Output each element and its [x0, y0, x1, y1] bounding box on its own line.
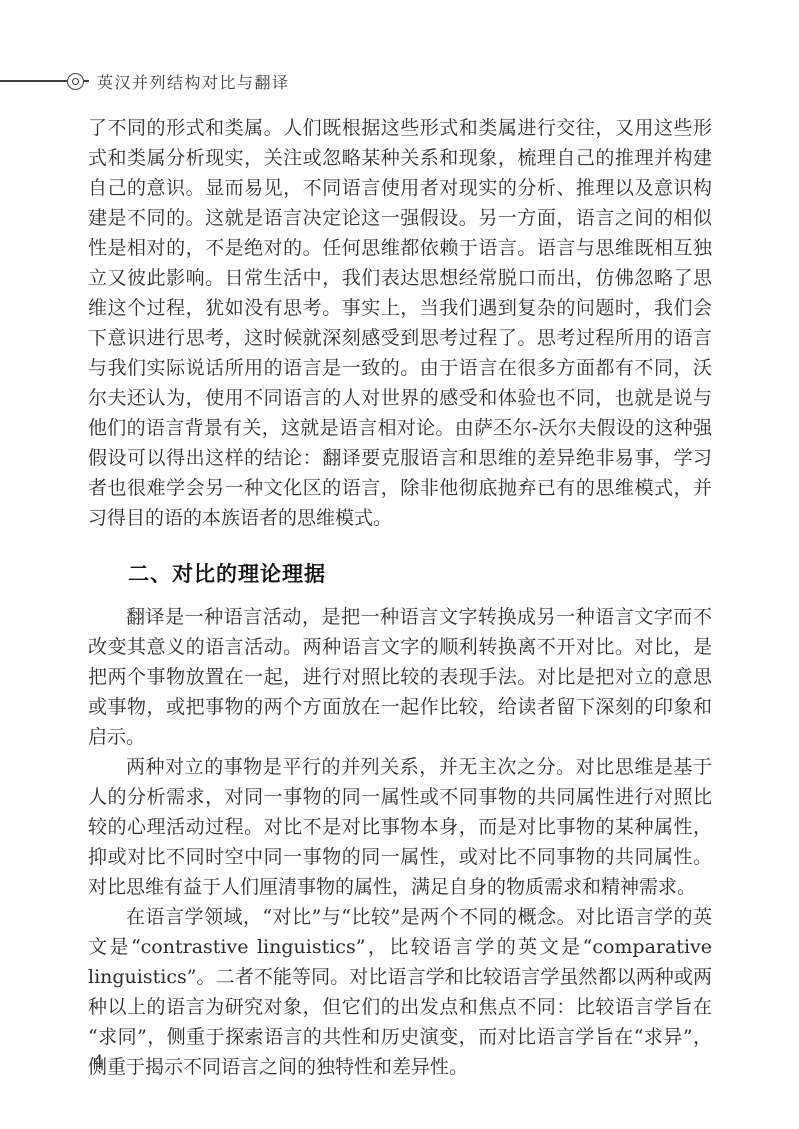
paragraph-continued: 了不同的形式和类属。人们既根据这些形式和类属进行交往，又用这些形式和类属分析现实…: [88, 113, 712, 533]
page-footer: 4: [93, 1052, 104, 1072]
paragraph-translation-definition: 翻译是一种语言活动，是把一种语言文字转换成另一种语言文字而不改变其意义的语言活动…: [88, 602, 712, 752]
book-title: 英汉并列结构对比与翻译: [97, 70, 290, 93]
paragraph-contrast-vs-comparison: 在语言学领域，“对比”与“比较”是两个不同的概念。对比语言学的英文是“contr…: [88, 902, 712, 1082]
book-page: 英汉并列结构对比与翻译 了不同的形式和类属。人们既根据这些形式和类属进行交往，又…: [0, 0, 799, 1129]
double-circle-icon-inner: [72, 78, 79, 85]
double-circle-icon: [67, 73, 84, 90]
section-heading: 二、对比的理论理据: [88, 559, 712, 589]
page-number: 4: [93, 1052, 104, 1072]
header-rule-line: [0, 80, 67, 82]
paragraph-contrastive-thinking: 两种对立的事物是平行的并列关系，并无主次之分。对比思维是基于人的分析需求，对同一…: [88, 752, 712, 902]
header-dash: [84, 80, 89, 82]
running-header: 英汉并列结构对比与翻译: [0, 72, 799, 90]
page-body: 了不同的形式和类属。人们既根据这些形式和类属进行交往，又用这些形式和类属分析现实…: [88, 113, 712, 1082]
